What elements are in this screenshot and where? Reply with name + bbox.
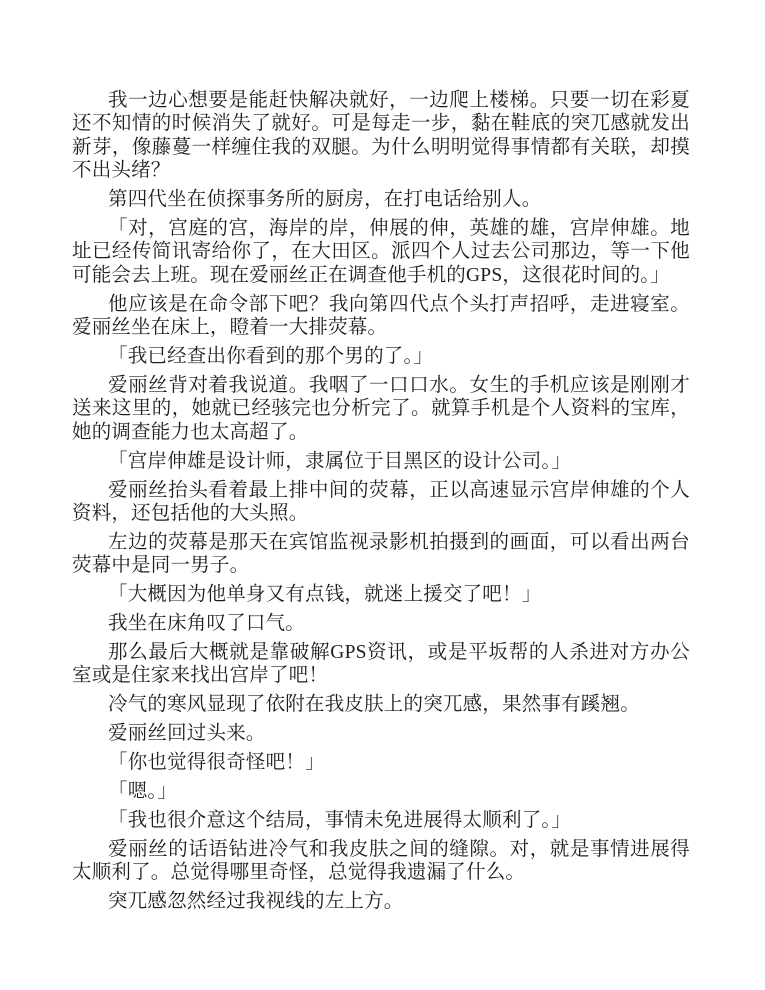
paragraph: 第四代坐在侦探事务所的厨房，在打电话给别人。: [72, 188, 690, 211]
paragraph: 那么最后大概就是靠破解GPS资讯，或是平坂帮的人杀进对方办公室或是住家来找出宫岸…: [72, 641, 690, 688]
paragraph: 左边的荧幕是那天在宾馆监视录影机拍摄到的画面，可以看出两台荧幕中是同一男子。: [72, 531, 690, 578]
paragraph: 爱丽丝的话语钻进冷气和我皮肤之间的缝隙。对，就是事情进展得太顺利了。总觉得哪里奇…: [72, 838, 690, 885]
paragraph: 爱丽丝背对着我说道。我咽了一口口水。女生的手机应该是刚刚才送来这里的，她就已经骇…: [72, 374, 690, 444]
paragraph: 「对，宫庭的宫，海岸的岸，伸展的伸，英雄的雄，宫岸伸雄。地址已经传简讯寄给你了，…: [72, 217, 690, 287]
paragraph: 「宫岸伸雄是设计师，隶属位于目黑区的设计公司。」: [72, 450, 690, 473]
paragraph: 「我已经查出你看到的那个男的了。」: [72, 345, 690, 368]
paragraph: 冷气的寒风显现了依附在我皮肤上的突兀感，果然事有蹊翘。: [72, 693, 690, 716]
paragraph: 爱丽丝回过头来。: [72, 722, 690, 745]
paragraph: 突兀感忽然经过我视线的左上方。: [72, 890, 690, 913]
paragraph: 我坐在床角叹了口气。: [72, 612, 690, 635]
paragraph: 「你也觉得很奇怪吧！」: [72, 751, 690, 774]
paragraph: 「我也很介意这个结局，事情未免进展得太顺利了。」: [72, 809, 690, 832]
paragraph: 「嗯。」: [72, 780, 690, 803]
paragraph: 我一边心想要是能赶快解决就好，一边爬上楼梯。只要一切在彩夏还不知情的时候消失了就…: [72, 89, 690, 183]
paragraph: 爱丽丝抬头看着最上排中间的荧幕，正以高速显示宫岸伸雄的个人资料，还包括他的大头照…: [72, 479, 690, 526]
novel-text-block: 我一边心想要是能赶快解决就好，一边爬上楼梯。只要一切在彩夏还不知情的时候消失了就…: [72, 89, 690, 914]
paragraph: 他应该是在命令部下吧？我向第四代点个头打声招呼，走进寝室。爱丽丝坐在床上，瞪着一…: [72, 293, 690, 340]
paragraph: 「大概因为他单身又有点钱，就迷上援交了吧！」: [72, 583, 690, 606]
document-page: 我一边心想要是能赶快解决就好，一边爬上楼梯。只要一切在彩夏还不知情的时候消失了就…: [0, 0, 765, 990]
